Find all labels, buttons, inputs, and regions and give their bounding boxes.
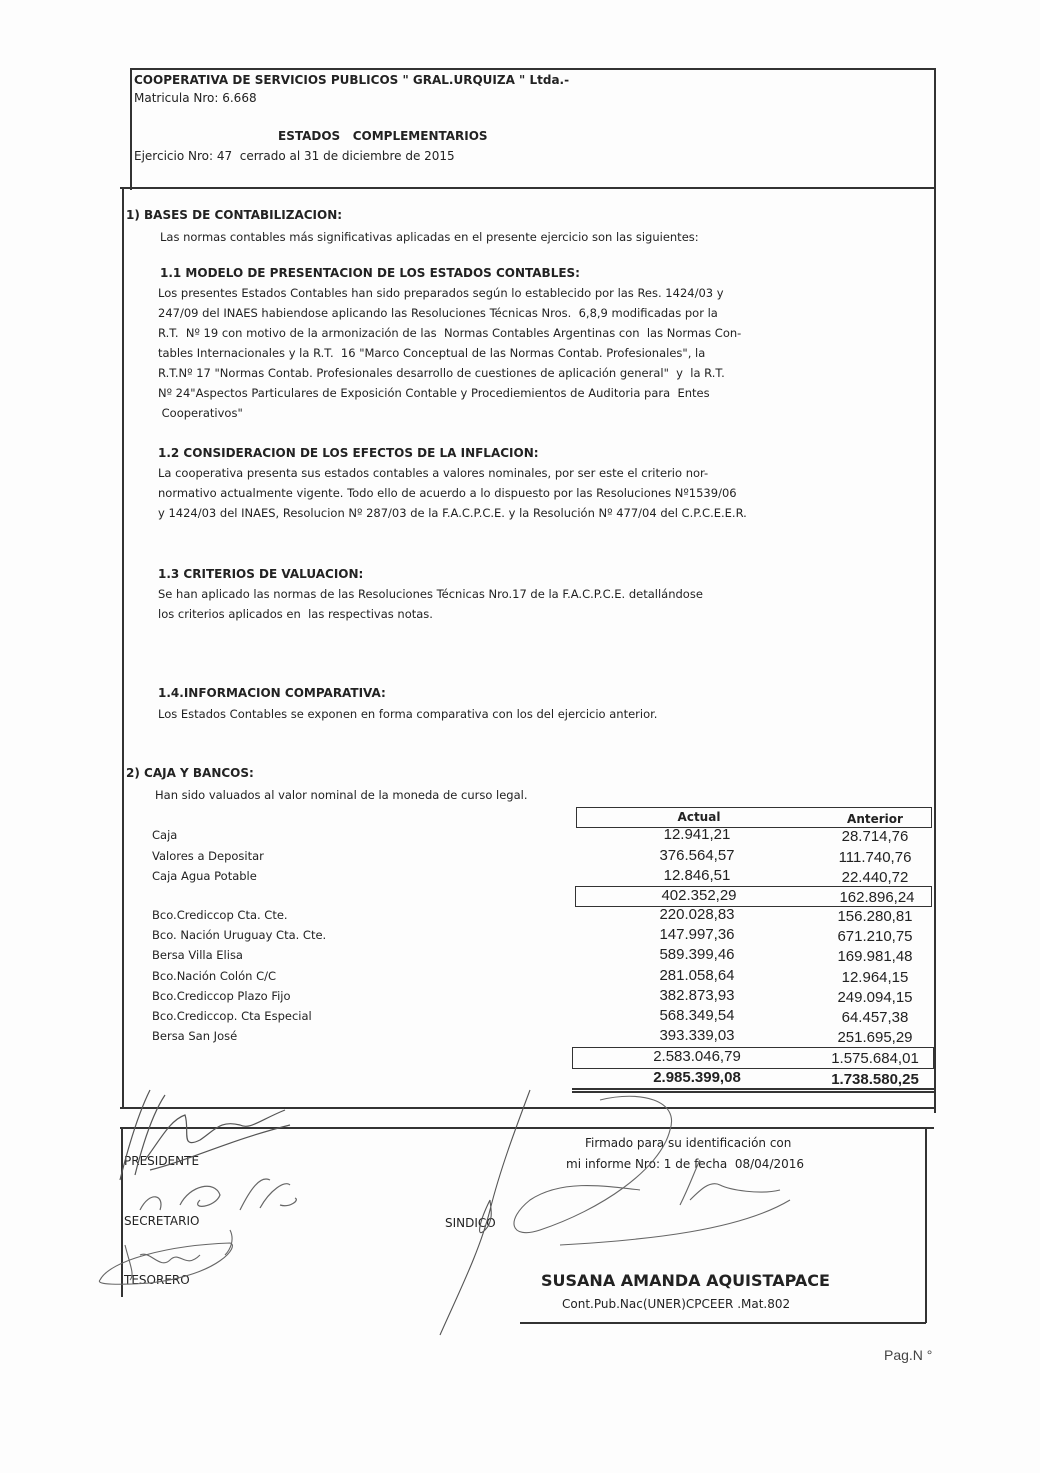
caja-row-anterior: 28.714,76 [800,828,950,845]
bank-row-anterior: 156.280,81 [800,908,950,925]
s12-line: La cooperativa presenta sus estados cont… [158,463,868,483]
caja-row-actual: 12.846,51 [622,867,772,884]
bank-row-actual: 220.028,83 [622,906,772,923]
sig-frame-right [925,1127,927,1323]
bank-row-actual: 393.339,03 [622,1027,772,1044]
section1-title: 1) BASES DE CONTABILIZACION: [126,205,342,225]
header-divider [120,187,936,189]
s13-line: los criterios aplicados en las respectiv… [158,604,808,624]
caja-row-label: Valores a Depositar [152,846,264,866]
s14-line: Los Estados Contables se exponen en form… [158,704,657,724]
column-actual: Actual [624,807,774,827]
page-number: Pag.N ° [884,1347,932,1363]
bank-row-anterior: 169.981,48 [800,948,950,965]
bank-row-label: Bco. Nación Uruguay Cta. Cte. [152,925,326,945]
org-name: COOPERATIVA DE SERVICIOS PUBLICOS " GRAL… [134,70,569,90]
s12-line: y 1424/03 del INAES, Resolucion Nº 287/0… [158,503,868,523]
auditor-title: Cont.Pub.Nac(UNER)CPCEER .Mat.802 [562,1294,790,1314]
caja-row-label: Caja [152,825,177,845]
total-double-underline-2 [572,1091,934,1093]
caja-row-actual: 376.564,57 [622,847,772,864]
sig-frame-top [120,1127,934,1129]
frame-left [122,187,124,1109]
ejercicio: Ejercicio Nro: 47 cerrado al 31 de dicie… [134,146,455,166]
bank-row-actual: 589.399,46 [622,946,772,963]
bank-row-anterior: 251.695,29 [800,1029,950,1046]
caja-row-anterior: 22.440,72 [800,869,950,886]
bank-row-anterior: 671.210,75 [800,928,950,945]
label-presidente: PRESIDENTE [124,1151,199,1171]
s12-title: 1.2 CONSIDERACION DE LOS EFECTOS DE LA I… [158,443,539,463]
s12-line: normativo actualmente vigente. Todo ello… [158,483,868,503]
caja-row-anterior: 111.740,76 [800,849,950,866]
s11-line: tables Internacionales y la R.T. 16 "Mar… [158,343,858,363]
bank-row-label: Bersa San José [152,1026,237,1046]
section2-intro: Han sido valuados al valor nominal de la… [155,785,528,805]
s13-title: 1.3 CRITERIOS DE VALUACION: [158,564,363,584]
s11-title: 1.1 MODELO DE PRESENTACION DE LOS ESTADO… [160,263,580,283]
bank-row-anterior: 12.964,15 [800,969,950,986]
section1-intro: Las normas contables más significativas … [160,227,699,247]
frame-left-upper [130,68,132,190]
total-actual: 2.985.399,08 [622,1069,772,1086]
label-tesorero: TESORERO [124,1270,190,1290]
s11-line: 247/09 del INAES habiendose aplicando la… [158,303,858,323]
s11-line: Nº 24"Aspectos Particulares de Exposició… [158,383,858,403]
bank-subtotal-anterior: 1.575.684,01 [800,1050,950,1067]
document-title: ESTADOS COMPLEMENTARIOS [278,126,488,146]
label-secretario: SECRETARIO [124,1211,199,1231]
bank-row-label: Bco.Crediccop. Cta Especial [152,1006,312,1026]
matricula: Matricula Nro: 6.668 [134,88,257,108]
s11-line: Los presentes Estados Contables han sido… [158,283,858,303]
s12-body: La cooperativa presenta sus estados cont… [158,463,868,523]
firmado-line2: mi informe Nro: 1 de fecha 08/04/2016 [566,1154,804,1174]
sig-frame-left [121,1127,123,1297]
sig-frame-bottom [520,1322,926,1324]
caja-row-actual: 12.941,21 [622,826,772,843]
bank-subtotal-actual: 2.583.046,79 [622,1048,772,1065]
bank-row-anterior: 64.457,38 [800,1009,950,1026]
bank-row-label: Bco.Nación Colón C/C [152,966,276,986]
bank-row-anterior: 249.094,15 [800,989,950,1006]
caja-subtotal-actual: 402.352,29 [624,887,774,904]
label-sindico: SINDICO [445,1213,496,1233]
s13-line: Se han aplicado las normas de las Resolu… [158,584,808,604]
bank-row-label: Bco.Crediccop Plazo Fijo [152,986,291,1006]
s13-body: Se han aplicado las normas de las Resolu… [158,584,808,624]
s11-body: Los presentes Estados Contables han sido… [158,283,858,423]
s11-line: Cooperativos" [158,403,858,423]
caja-subtotal-anterior: 162.896,24 [802,889,952,906]
total-anterior: 1.738.580,25 [800,1071,950,1088]
section2-title: 2) CAJA Y BANCOS: [126,763,254,783]
total-double-underline-1 [572,1088,934,1090]
bank-row-actual: 281.058,64 [622,967,772,984]
auditor-name: SUSANA AMANDA AQUISTAPACE [541,1271,830,1290]
bank-row-label: Bersa Villa Elisa [152,945,243,965]
s14-title: 1.4.INFORMACION COMPARATIVA: [158,683,386,703]
s11-line: R.T. Nº 19 con motivo de la armonización… [158,323,858,343]
signature-sindico-icon [420,1080,540,1340]
bank-row-actual: 382.873,93 [622,987,772,1004]
column-anterior: Anterior [800,809,950,829]
signature-auditor-icon [500,1090,820,1270]
frame-bottom [120,1107,936,1109]
bank-row-label: Bco.Crediccop Cta. Cte. [152,905,288,925]
s11-line: R.T.Nº 17 "Normas Contab. Profesionales … [158,363,858,383]
firmado-line1: Firmado para su identificación con [585,1133,791,1153]
bank-row-actual: 147.997,36 [622,926,772,943]
bank-row-actual: 568.349,54 [622,1007,772,1024]
caja-row-label: Caja Agua Potable [152,866,257,886]
